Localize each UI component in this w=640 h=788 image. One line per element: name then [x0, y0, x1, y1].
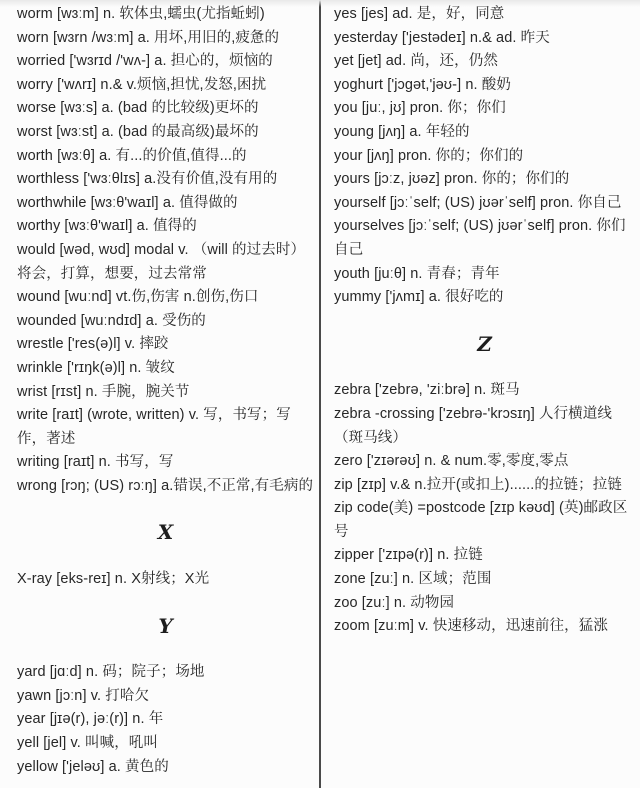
- entry-wrestle: wrestle ['res(ə)l] v. 摔跤: [17, 333, 314, 357]
- entry-yawn: yawn [jɔːn] v. 打哈欠: [17, 685, 314, 709]
- entry-would: would [wəd, wʊd] modal v. （will 的过去时）将会，…: [17, 239, 314, 286]
- entry-worried: worried ['wɜrɪd /'wʌ-] a. 担心的，烦恼的: [17, 50, 314, 74]
- entry-yell: yell [jel] v. 叫喊，吼叫: [17, 732, 314, 756]
- entry-zebra: zebra ['zebrə, 'ziːbrə] n. 斑马: [334, 379, 635, 403]
- entry-wrong: wrong [rɔŋ; (US) rɔːŋ] a.错误,不正常,有毛病的: [17, 475, 314, 499]
- dictionary-page: worm [wɜːm] n. 软体虫,蠕虫(尤指蚯蚓) worn [wɜrn /…: [0, 0, 640, 788]
- entry-year: year [jɪə(r), jəː(r)] n. 年: [17, 708, 314, 732]
- entry-zip: zip [zɪp] v.& n.拉开(或扣上)......的拉链；拉链: [334, 474, 635, 498]
- entry-your: your [jʌŋ] pron. 你的；你们的: [334, 145, 635, 169]
- entry-zone: zone [zuː] n. 区域；范围: [334, 568, 635, 592]
- entry-yesterday: yesterday ['jestədeɪ] n.& ad. 昨天: [334, 27, 635, 51]
- entry-wound: wound [wuːnd] vt.伤,伤害 n.创伤,伤口: [17, 286, 314, 310]
- right-column: yes [jes] ad. 是，好，同意 yesterday ['jestəde…: [321, 0, 640, 788]
- entry-zipper: zipper ['zɪpə(r)] n. 拉链: [334, 544, 635, 568]
- entry-worthy: worthy [wɜːθ'waɪl] a. 值得的: [17, 215, 314, 239]
- entry-yummy: yummy ['jʌmɪ] a. 很好吃的: [334, 286, 635, 310]
- entry-yellow: yellow ['jeləʊ] a. 黄色的: [17, 756, 314, 780]
- entry-x-ray: X-ray [eks-reɪ] n. X射线；X光: [17, 568, 314, 592]
- entry-zero: zero ['zɪərəʊ] n. & num.零,零度,零点: [334, 450, 635, 474]
- entry-yoghurt: yoghurt ['jɔgət,'jəʊ-] n. 酸奶: [334, 74, 635, 98]
- entry-zoom: zoom [zuːm] v. 快速移动，迅速前往，猛涨: [334, 615, 635, 639]
- entry-yet: yet [jet] ad. 尚，还，仍然: [334, 50, 635, 74]
- entry-zoo: zoo [zuː] n. 动物园: [334, 592, 635, 616]
- entry-yours: yours [jɔːz, jʊəz] pron. 你的；你们的: [334, 168, 635, 192]
- section-header-x: X: [17, 521, 314, 545]
- entry-you: you [juː, jʊ] pron. 你；你们: [334, 97, 635, 121]
- entry-worn: worn [wɜrn /wɜːm] a. 用坏,用旧的,疲惫的: [17, 27, 314, 51]
- entry-zebra-crossing: zebra -crossing ['zebrə-'krɔsɪŋ] 人行横道线（斑…: [334, 403, 635, 450]
- entry-yourself: yourself [jɔːˈself; (US) jʊərˈself] pron…: [334, 192, 635, 216]
- entry-worth: worth [wɜːθ] a. 有...的价值,值得...的: [17, 145, 314, 169]
- entry-write: write [raɪt] (wrote, written) v. 写，书写；写作…: [17, 404, 314, 451]
- entry-worst: worst [wɜːst] a. (bad 的最高级)最坏的: [17, 121, 314, 145]
- entry-yourselves: yourselves [jɔːˈself; (US) jʊərˈself] pr…: [334, 215, 635, 262]
- entry-worm: worm [wɜːm] n. 软体虫,蠕虫(尤指蚯蚓): [17, 3, 314, 27]
- entry-young: young [jʌŋ] a. 年轻的: [334, 121, 635, 145]
- entry-youth: youth [juːθ] n. 青春；青年: [334, 263, 635, 287]
- entry-worthwhile: worthwhile [wɜːθ'waɪl] a. 值得做的: [17, 192, 314, 216]
- section-header-z: Z: [334, 333, 635, 357]
- entry-wrist: wrist [rɪst] n. 手腕，腕关节: [17, 381, 314, 405]
- section-header-y: Y: [17, 615, 314, 639]
- left-column: worm [wɜːm] n. 软体虫,蠕虫(尤指蚯蚓) worn [wɜrn /…: [0, 0, 319, 788]
- entry-writing: writing [raɪt] n. 书写，写: [17, 451, 314, 475]
- entry-worthless: worthless ['wɜːθlɪs] a.没有价值,没有用的: [17, 168, 314, 192]
- entry-zip-code: zip code(美) =postcode [zɪp kəʊd] (英)邮政区号: [334, 497, 635, 544]
- entry-wounded: wounded [wuːndɪd] a. 受伤的: [17, 310, 314, 334]
- entry-worse: worse [wɜːs] a. (bad 的比较级)更坏的: [17, 97, 314, 121]
- entry-yard: yard [jɑːd] n. 码；院子；场地: [17, 661, 314, 685]
- entry-worry: worry ['wʌrɪ] n.& v.烦恼,担忧,发怒,困扰: [17, 74, 314, 98]
- entry-wrinkle: wrinkle ['rɪŋk(ə)l] n. 皱纹: [17, 357, 314, 381]
- entry-yes: yes [jes] ad. 是，好，同意: [334, 3, 635, 27]
